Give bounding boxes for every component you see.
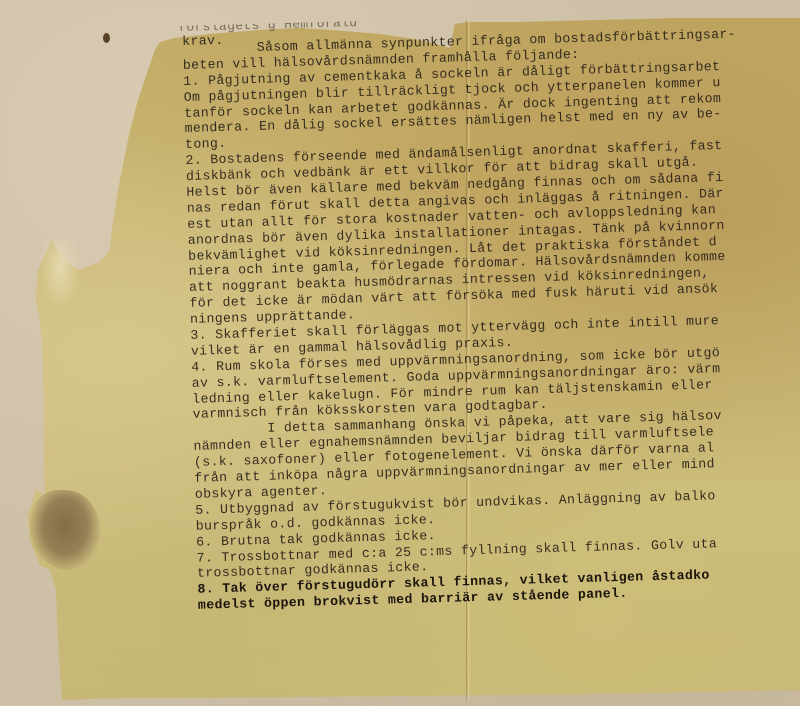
typewritten-text: krav. Såsom allmänna synpunkter ifråga o…	[182, 14, 800, 613]
dust-speck	[103, 33, 110, 43]
stain-light-patch	[40, 240, 80, 310]
